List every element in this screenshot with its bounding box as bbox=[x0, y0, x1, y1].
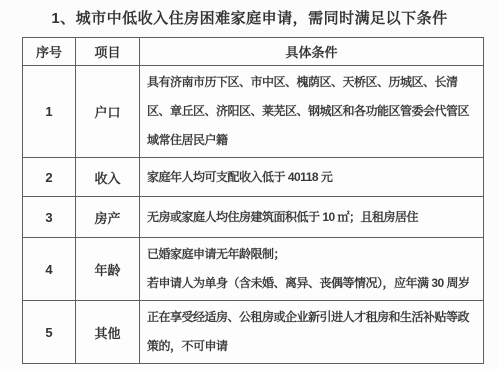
condition-paragraph: 家庭年人均可支配收入低于 40118 元 bbox=[147, 163, 479, 192]
page: 1、城市中低收入住房困难家庭申请，需同时满足以下条件 序号 项目 具体条件 1 … bbox=[0, 0, 499, 369]
table-row: 3 房产 无房或家庭人均住房建筑面积低于 10 ㎡；且租房居住 bbox=[23, 197, 484, 238]
row-number: 3 bbox=[23, 197, 76, 238]
page-title: 1、城市中低收入住房困难家庭申请，需同时满足以下条件 bbox=[0, 7, 499, 28]
row-number: 2 bbox=[23, 158, 76, 197]
row-item: 其他 bbox=[76, 301, 140, 364]
table-row: 2 收入 家庭年人均可支配收入低于 40118 元 bbox=[23, 158, 484, 197]
row-number: 5 bbox=[23, 301, 76, 364]
row-number: 4 bbox=[23, 238, 76, 301]
table-header-row: 序号 项目 具体条件 bbox=[23, 38, 484, 66]
requirements-table: 序号 项目 具体条件 1 户口 具有济南市历下区、市中区、槐荫区、天桥区、历城区… bbox=[22, 37, 484, 364]
row-number: 1 bbox=[23, 66, 76, 158]
row-condition: 无房或家庭人均住房建筑面积低于 10 ㎡；且租房居住 bbox=[140, 197, 484, 238]
condition-paragraph: 具有济南市历下区、市中区、槐荫区、天桥区、历城区、长清区、章丘区、济阳区、莱芜区… bbox=[147, 68, 479, 155]
table-row: 4 年龄 已婚家庭申请无年龄限制； 若申请人为单身（含未婚、离异、丧偶等情况），… bbox=[23, 238, 484, 301]
condition-paragraph: 无房或家庭人均住房建筑面积低于 10 ㎡；且租房居住 bbox=[147, 203, 479, 232]
condition-paragraph: 已婚家庭申请无年龄限制； bbox=[147, 240, 479, 269]
row-condition: 具有济南市历下区、市中区、槐荫区、天桥区、历城区、长清区、章丘区、济阳区、莱芜区… bbox=[140, 66, 484, 158]
table-row: 5 其他 正在享受经适房、公租房或企业新引进人才租房和生活补贴等政策的，不可申请 bbox=[23, 301, 484, 364]
condition-paragraph: 正在享受经适房、公租房或企业新引进人才租房和生活补贴等政策的，不可申请 bbox=[147, 303, 479, 361]
header-serial-number: 序号 bbox=[23, 38, 76, 66]
row-item: 房产 bbox=[76, 197, 140, 238]
row-condition: 已婚家庭申请无年龄限制； 若申请人为单身（含未婚、离异、丧偶等情况），应年满 3… bbox=[140, 238, 484, 301]
table-row: 1 户口 具有济南市历下区、市中区、槐荫区、天桥区、历城区、长清区、章丘区、济阳… bbox=[23, 66, 484, 158]
row-item: 户口 bbox=[76, 66, 140, 158]
condition-paragraph: 若申请人为单身（含未婚、离异、丧偶等情况），应年满 30 周岁 bbox=[147, 269, 479, 298]
header-condition: 具体条件 bbox=[140, 38, 484, 66]
row-condition: 正在享受经适房、公租房或企业新引进人才租房和生活补贴等政策的，不可申请 bbox=[140, 301, 484, 364]
row-item: 年龄 bbox=[76, 238, 140, 301]
row-condition: 家庭年人均可支配收入低于 40118 元 bbox=[140, 158, 484, 197]
row-item: 收入 bbox=[76, 158, 140, 197]
header-item: 项目 bbox=[76, 38, 140, 66]
